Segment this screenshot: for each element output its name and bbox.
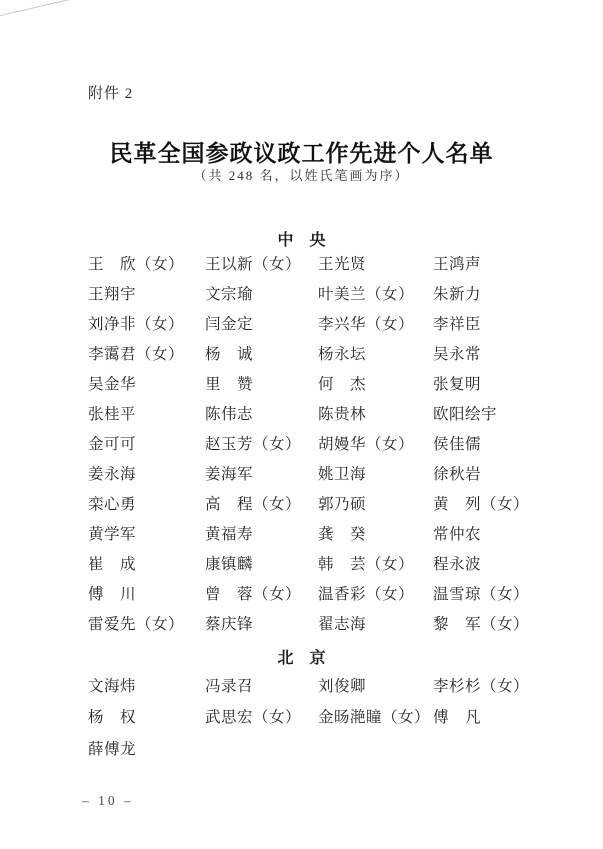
person-name: 金旸滟瞳（女） xyxy=(318,705,433,727)
person-name: 姜永海 xyxy=(88,462,205,484)
person-name: 刘净非（女） xyxy=(88,312,205,334)
person-name: 常仲农 xyxy=(433,522,563,544)
page-number: – 10 – xyxy=(82,793,134,809)
scan-artifact-line xyxy=(0,0,74,17)
name-row: 薛傅龙 xyxy=(88,732,563,764)
name-row: 王 欣（女）王以新（女）王光贤王鸿声 xyxy=(88,248,563,278)
person-name: 胡嫚华（女） xyxy=(318,432,433,454)
person-name: 李杉杉（女） xyxy=(433,674,563,696)
person-name: 陈伟志 xyxy=(205,402,318,424)
person-name: 翟志海 xyxy=(318,612,433,634)
person-name: 侯佳儒 xyxy=(433,432,563,454)
name-row: 栾心勇高 程（女）郭乃硕黄 列（女） xyxy=(88,488,563,518)
person-name: 雷爱先（女） xyxy=(88,612,205,634)
person-name: 姚卫海 xyxy=(318,462,433,484)
document-page: 附件 2 民革全国参政议政工作先进个人名单 （共 248 名，以姓氏笔画为序） … xyxy=(0,0,603,849)
person-name: 李霭君（女） xyxy=(88,342,205,364)
person-name: 薛傅龙 xyxy=(88,737,205,759)
section-heading-beijing: 北 京 xyxy=(0,645,603,668)
person-name: 杨永坛 xyxy=(318,342,433,364)
person-name: 文海炜 xyxy=(88,674,205,696)
name-row: 傅 川曾 蓉（女）温香彩（女）温雪琼（女） xyxy=(88,578,563,608)
person-name: 曾 蓉（女） xyxy=(205,582,318,604)
person-name: 郭乃硕 xyxy=(318,492,433,514)
person-name: 何 杰 xyxy=(318,372,433,394)
person-name: 里 赞 xyxy=(205,372,318,394)
person-name: 傅 川 xyxy=(88,582,205,604)
section-heading-central: 中 央 xyxy=(0,227,603,250)
person-name: 高 程（女） xyxy=(205,492,318,514)
person-name: 李兴华（女） xyxy=(318,312,433,334)
name-row: 杨 权武思宏（女）金旸滟瞳（女）傅 凡 xyxy=(88,701,563,733)
person-name: 王光贤 xyxy=(318,252,433,274)
person-name: 刘俊卿 xyxy=(318,674,433,696)
person-name: 龚 癸 xyxy=(318,522,433,544)
name-row: 雷爱先（女）蔡庆锋翟志海黎 军（女） xyxy=(88,608,563,638)
person-name: 李祥臣 xyxy=(433,312,563,334)
person-name: 赵玉芳（女） xyxy=(205,432,318,454)
person-name: 杨 诚 xyxy=(205,342,318,364)
person-name: 黄 列（女） xyxy=(433,492,563,514)
person-name: 欧阳绘宇 xyxy=(433,402,563,424)
person-name: 姜海军 xyxy=(205,462,318,484)
page-subtitle: （共 248 名，以姓氏笔画为序） xyxy=(0,165,603,184)
person-name: 黎 军（女） xyxy=(433,612,563,634)
person-name: 徐秋岩 xyxy=(433,462,563,484)
person-name: 王鸿声 xyxy=(433,252,563,274)
person-name: 黄福寿 xyxy=(205,522,318,544)
person-name: 闫金定 xyxy=(205,312,318,334)
name-row: 黄学军黄福寿龚 癸常仲农 xyxy=(88,518,563,548)
person-name: 康镇麟 xyxy=(205,552,318,574)
person-name: 温雪琼（女） xyxy=(433,582,563,604)
name-row: 文海炜冯录召刘俊卿李杉杉（女） xyxy=(88,669,563,701)
person-name: 蔡庆锋 xyxy=(205,612,318,634)
page-title: 民革全国参政议政工作先进个人名单 xyxy=(0,135,603,168)
person-name: 冯录召 xyxy=(205,674,318,696)
person-name: 叶美兰（女） xyxy=(318,282,433,304)
name-row: 刘净非（女）闫金定李兴华（女）李祥臣 xyxy=(88,308,563,338)
person-name: 张桂平 xyxy=(88,402,205,424)
person-name: 程永波 xyxy=(433,552,563,574)
person-name: 陈贵林 xyxy=(318,402,433,424)
person-name: 王翔宇 xyxy=(88,282,205,304)
person-name: 韩 芸（女） xyxy=(318,552,433,574)
person-name: 文宗瑜 xyxy=(205,282,318,304)
name-grid-central: 王 欣（女）王以新（女）王光贤王鸿声王翔宇文宗瑜叶美兰（女）朱新力刘净非（女）闫… xyxy=(88,248,563,638)
person-name: 朱新力 xyxy=(433,282,563,304)
name-row: 吴金华里 赞何 杰张复明 xyxy=(88,368,563,398)
name-row: 李霭君（女）杨 诚杨永坛吴永常 xyxy=(88,338,563,368)
name-grid-beijing: 文海炜冯录召刘俊卿李杉杉（女）杨 权武思宏（女）金旸滟瞳（女）傅 凡薛傅龙 xyxy=(88,669,563,764)
person-name: 金可可 xyxy=(88,432,205,454)
name-row: 金可可赵玉芳（女）胡嫚华（女）侯佳儒 xyxy=(88,428,563,458)
name-row: 王翔宇文宗瑜叶美兰（女）朱新力 xyxy=(88,278,563,308)
person-name: 栾心勇 xyxy=(88,492,205,514)
person-name: 王 欣（女） xyxy=(88,252,205,274)
person-name: 温香彩（女） xyxy=(318,582,433,604)
person-name: 傅 凡 xyxy=(433,705,563,727)
person-name: 吴金华 xyxy=(88,372,205,394)
person-name: 王以新（女） xyxy=(205,252,318,274)
person-name: 武思宏（女） xyxy=(205,705,318,727)
person-name: 吴永常 xyxy=(433,342,563,364)
attachment-label: 附件 2 xyxy=(88,82,133,103)
person-name: 黄学军 xyxy=(88,522,205,544)
name-row: 崔 成康镇麟韩 芸（女）程永波 xyxy=(88,548,563,578)
name-row: 张桂平陈伟志陈贵林欧阳绘宇 xyxy=(88,398,563,428)
person-name: 张复明 xyxy=(433,372,563,394)
name-row: 姜永海姜海军姚卫海徐秋岩 xyxy=(88,458,563,488)
person-name: 杨 权 xyxy=(88,705,205,727)
person-name: 崔 成 xyxy=(88,552,205,574)
